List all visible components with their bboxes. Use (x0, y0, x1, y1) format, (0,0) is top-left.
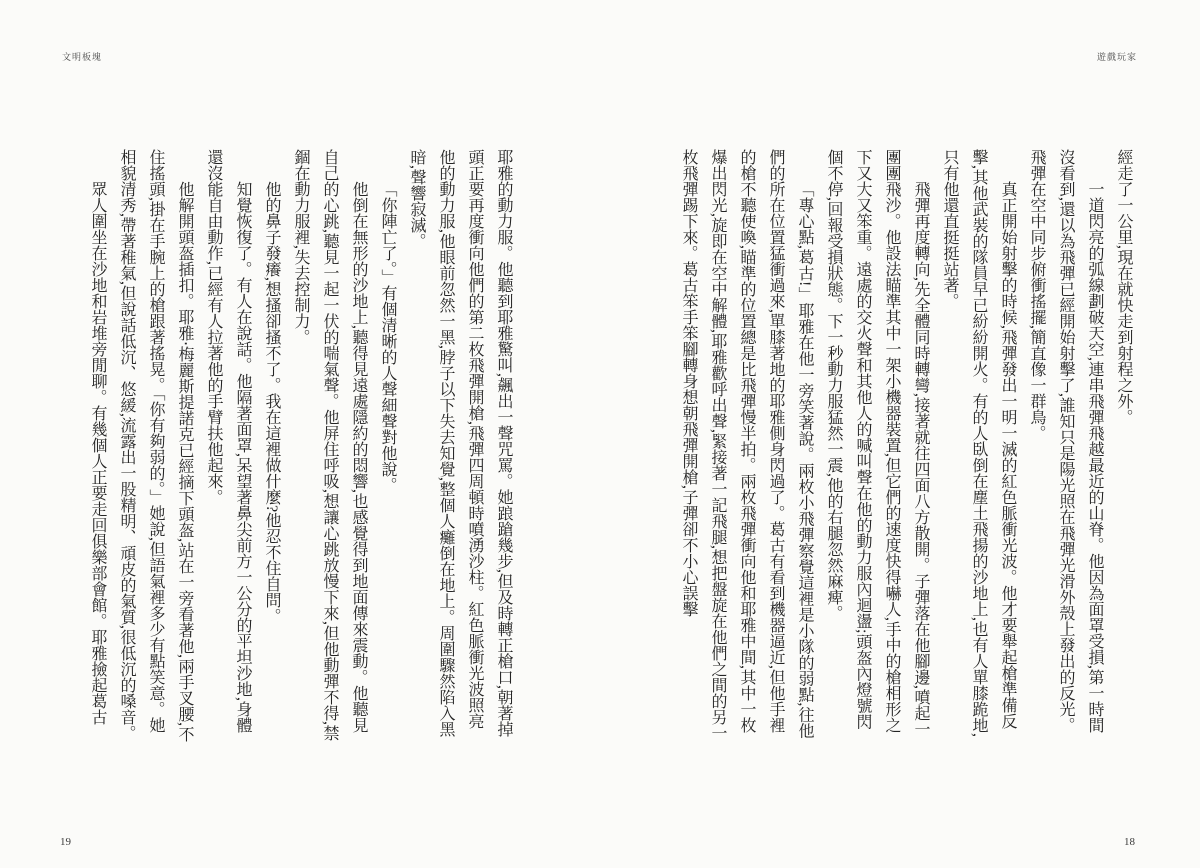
right-page-number: 18 (1124, 836, 1135, 848)
paragraph: 他的鼻子發癢,想搔卻搔不了。我在這裡做什麼?他忍不住自問。 (257, 149, 286, 743)
paragraph: 經走了一公里,現在就快走到射程之外。 (1109, 149, 1138, 743)
right-page-running-head: 遊戲玩家 (1097, 50, 1137, 63)
book-spread: 文明板塊 遊戲玩家 經走了一公里,現在就快走到射程之外。一道閃亮的弧線劃破天空,… (0, 0, 1200, 868)
paragraph: 「專心點,葛古!」耶雅在他一旁笑著說。兩枚小飛彈察覺這裡是小隊的弱點,往他們的所… (674, 149, 819, 743)
paragraph: 知覺恢復了。有人在說話。他隔著面罩,呆望著鼻尖前方一公分的平坦沙地,身體還沒能自… (199, 149, 257, 743)
right-page-text: 經走了一公里,現在就快走到射程之外。一道閃亮的弧線劃破天空,連串飛彈飛越最近的山… (664, 149, 1138, 743)
paragraph: 他倒在無形的沙地上,聽得見遠處隱約的悶響,也感覺得到地面傳來震動。他聽見自己的心… (286, 149, 373, 743)
paragraph: 飛彈再度轉向,先全體同時轉彎,接著就往四面八方散開。子彈落在他腳邊,噴起一團團飛… (819, 149, 935, 743)
left-page-text: 耶雅的動力服。他聽到耶雅驚叫,飆出一聲咒罵。她踉蹌幾步,但及時轉正槍口,朝著掉頭… (62, 149, 518, 743)
paragraph: 一道閃亮的弧線劃破天空,連串飛彈飛越最近的山脊。他因為面罩受損,第一時間沒看到,… (1022, 149, 1109, 743)
paragraph: 眾人圍坐在沙地和岩堆旁閒聊。有幾個人正要走回俱樂部會館。耶雅撿起葛古 (83, 149, 112, 743)
paragraph: 「你陣亡了。」有個清晰的人聲細聲對他說。 (373, 149, 402, 743)
paragraph: 耶雅的動力服。他聽到耶雅驚叫,飆出一聲咒罵。她踉蹌幾步,但及時轉正槍口,朝著掉頭… (402, 149, 518, 743)
left-page-number: 19 (60, 836, 71, 848)
paragraph: 他解開頭盔插扣。耶雅‧梅麗斯提諾克已經摘下頭盔,站在一旁看著他,兩手叉腰,不住搖… (112, 149, 199, 743)
paragraph: 真正開始射擊的時候,飛彈發出一明一滅的紅色脈衝光波。他才要舉起槍準備反擊,其他武… (935, 149, 1022, 743)
left-page-running-head: 文明板塊 (62, 50, 102, 63)
